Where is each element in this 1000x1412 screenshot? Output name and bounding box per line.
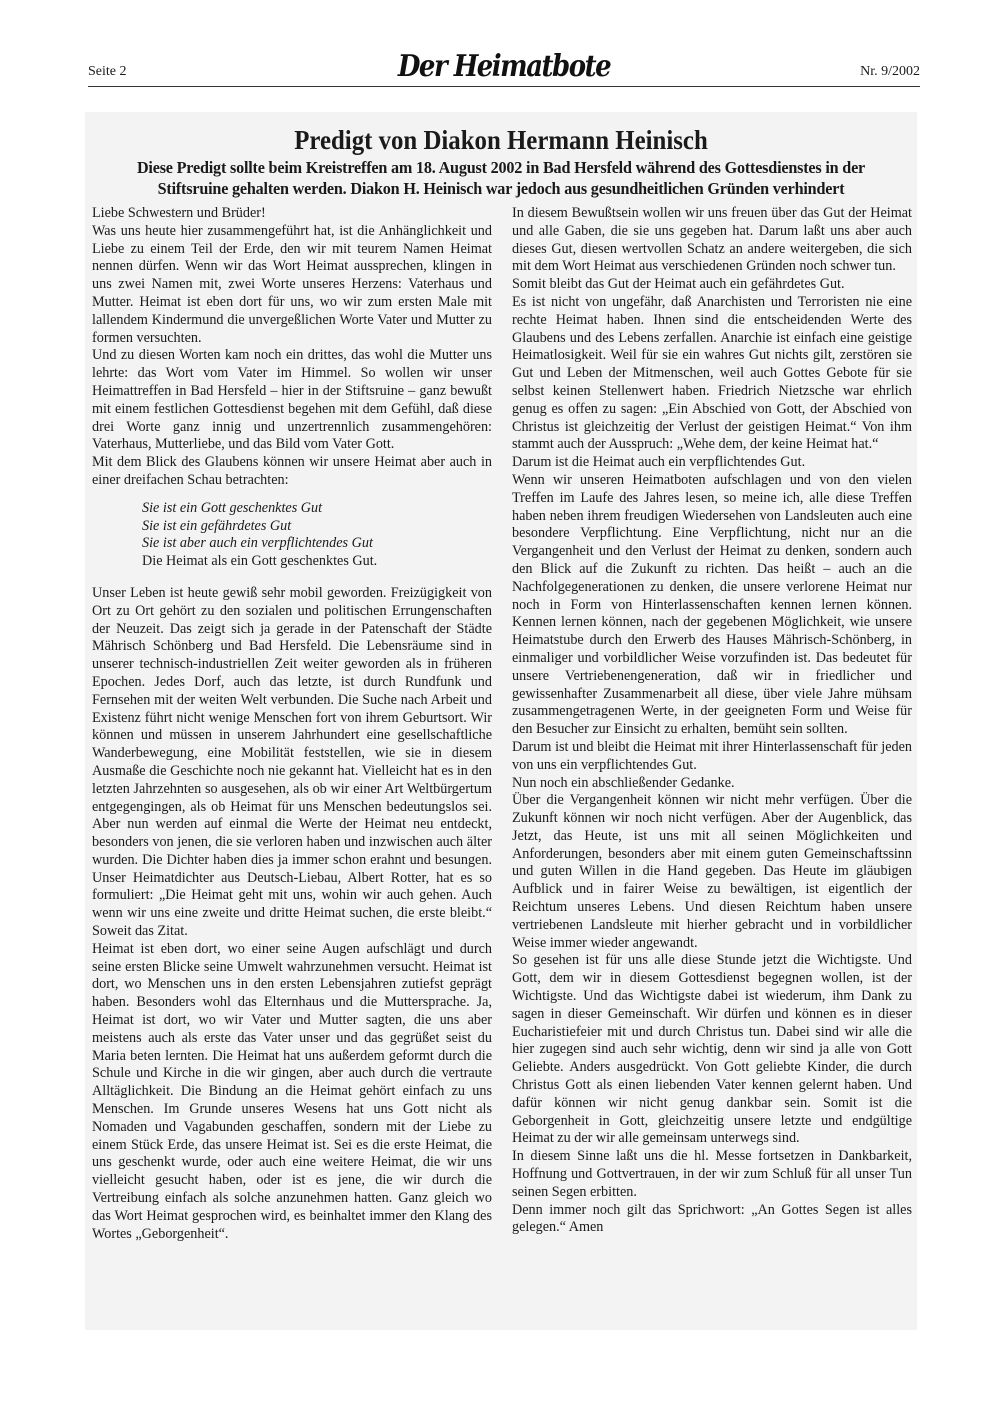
left-column: Liebe Schwestern und Brüder! Was uns heu… bbox=[92, 205, 492, 1243]
paragraph: Was uns heute hier zusammengeführt hat, … bbox=[92, 223, 492, 348]
triad-item: Sie ist ein Gott geschenktes Gut bbox=[142, 500, 492, 518]
paragraph: So gesehen ist für uns alle diese Stunde… bbox=[512, 952, 912, 1148]
section-heading: Somit bleibt das Gut der Heimat auch ein… bbox=[512, 276, 912, 294]
closing-paragraph: Denn immer noch gilt das Sprichwort: „An… bbox=[512, 1202, 912, 1238]
paragraph: Mit dem Blick des Glaubens können wir un… bbox=[92, 454, 492, 490]
paragraph: Und zu diesen Worten kam noch ein dritte… bbox=[92, 347, 492, 454]
section-heading: Darum ist die Heimat auch ein verpflicht… bbox=[512, 454, 912, 472]
article-subtitle: Diese Predigt sollte beim Kreistreffen a… bbox=[106, 157, 896, 199]
paragraph: Es ist nicht von ungefähr, daß Anarchist… bbox=[512, 294, 912, 454]
salutation: Liebe Schwestern und Brüder! bbox=[92, 205, 492, 223]
paragraph: Wenn wir unseren Heimatboten aufschlagen… bbox=[512, 472, 912, 739]
header-rule bbox=[88, 86, 920, 87]
triad-item: Sie ist aber auch ein verpflichtendes Gu… bbox=[142, 535, 492, 553]
paragraph: In diesem Bewußtsein wollen wir uns freu… bbox=[512, 205, 912, 276]
paragraph: In diesem Sinne laßt uns die hl. Messe f… bbox=[512, 1148, 912, 1201]
subtitle-line: Diese Predigt sollte beim Kreistreffen a… bbox=[106, 157, 896, 178]
section-heading: Die Heimat als ein Gott geschenktes Gut. bbox=[142, 553, 492, 571]
right-column: In diesem Bewußtsein wollen wir uns freu… bbox=[512, 205, 912, 1237]
triad-list: Sie ist ein Gott geschenktes Gut Sie ist… bbox=[142, 500, 492, 571]
triad-item: Sie ist ein gefährdetes Gut bbox=[142, 518, 492, 536]
issue-number: Nr. 9/2002 bbox=[860, 64, 920, 80]
paragraph: Heimat ist eben dort, wo einer seine Aug… bbox=[92, 941, 492, 1244]
paragraph: Darum ist und bleibt die Heimat mit ihre… bbox=[512, 739, 912, 775]
paragraph: Unser Leben ist heute gewiß sehr mobil g… bbox=[92, 585, 492, 941]
subtitle-line: Stiftsruine gehalten werden. Diakon H. H… bbox=[106, 178, 896, 199]
paragraph: Über die Vergangenheit können wir nicht … bbox=[512, 792, 912, 952]
masthead-logo: Der Heimatbote bbox=[88, 50, 920, 85]
page-header: Seite 2 Der Heimatbote Nr. 9/2002 bbox=[88, 56, 920, 86]
paragraph: Nun noch ein abschließender Gedanke. bbox=[512, 775, 912, 793]
article-title: Predigt von Diakon Hermann Heinisch bbox=[118, 124, 883, 156]
